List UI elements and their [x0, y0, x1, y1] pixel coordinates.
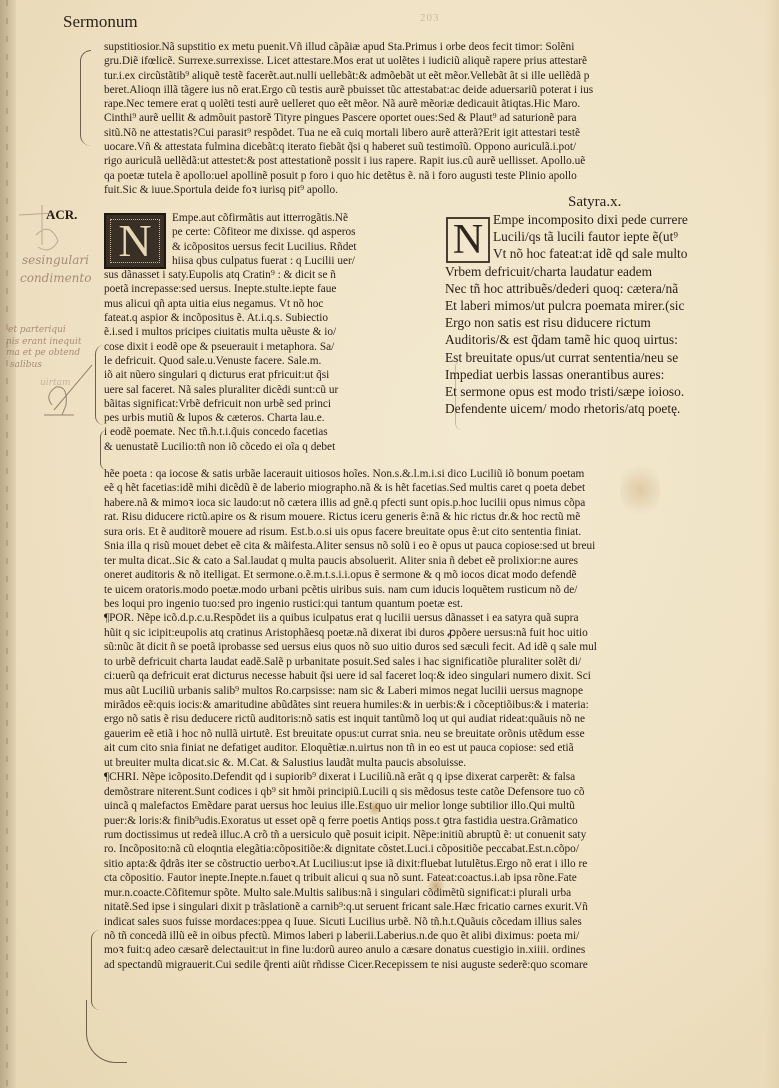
satyra-heading: Satyra.x. [568, 194, 621, 211]
verse-line: Est breuitate opus/ut currat sententia/n… [445, 349, 770, 366]
text-line: oneret auditoris & nõ itelligat. Et serm… [104, 568, 704, 582]
text-line: ro. Incõposito:nã cũ eloqntia elegãtia:c… [104, 842, 704, 856]
text-line: pes urbis mutiũ & lupos & cæteros. Chart… [104, 411, 454, 425]
text-line: Snia illa q risũ mouet debet eẽ cita & m… [104, 539, 704, 553]
text-line: ci:uerũ qa defricuit erat dicturus neces… [104, 669, 704, 683]
book-page: Sermonum 203 ACR. supstitiosior.Nã supst… [0, 0, 779, 1088]
text-line: cta cõpositio. Fautor inepte.Inepte.n.fa… [104, 871, 704, 885]
verse-line: Lucili/qs tã lucili fautor iepte ẽ(ut⁹ [445, 228, 770, 245]
margin-bracket [86, 1000, 127, 1063]
text-line: fateat.q aspior & incõpositus ẽ. At.i.q.… [104, 311, 454, 325]
verse-line: Nec tñ hoc attribuẽs/dederi quoq: cætera… [445, 280, 770, 297]
text-line: uere sal faceret. Nã sales pluraliter di… [104, 383, 454, 397]
text-line: uincã q malefactos Emẽdare parat uersus … [104, 799, 704, 813]
text-line: Cinthi⁹ aurẽ uellit & admõuit pastorẽ Ti… [104, 111, 704, 125]
text-line: puer:& loris:& finib⁹udis.Exoratus ut es… [104, 814, 704, 828]
text-line: pe certe: Cõfiteor me dixisse. qd aspero… [104, 225, 454, 239]
text-line: ter multa dicat..Sic & cato a Sal.laudat… [104, 554, 704, 568]
text-line: ait cum cito snia finiat ne defatiget au… [104, 741, 704, 755]
text-line: tur.i.ex circũstãtib⁹ aliquẽ testẽ facer… [104, 69, 704, 83]
text-line: rum doctissimus ut redeã illuc.A crõ tñ … [104, 828, 704, 842]
text-line: sitũ.Nõ ne attestatis?Cui parasit⁹ respõ… [104, 126, 704, 140]
text-line: rat. Risu diducere rictũ.apire os & risu… [104, 510, 704, 524]
text-line: ut breuiter multa dicat.sic &. M.Cat. & … [104, 756, 704, 770]
text-line: le defricuit. Quod sale.u.Venuste facere… [104, 354, 454, 368]
text-line: demõstrare niterent.Sunt codices i qb⁹ s… [104, 785, 704, 799]
text-line: iõ ait nũero singulari q dicturus erat p… [104, 368, 454, 382]
text-line: hiisa qbus culpatus fuerat : q Lucilii u… [104, 254, 454, 268]
text-line: bes loqui pro ingenio tuo:sed pro ingeni… [104, 597, 704, 611]
text-line: habere.nã & mimoꝛ ioca sic laudo:ut nõ c… [104, 496, 704, 510]
text-line: ẽ.i.sed i multos pricipes ciuitatis mult… [104, 325, 454, 339]
text-line: ¶CHRI. Nẽpe icõposito.Defendit qd i supi… [104, 770, 704, 784]
text-line: ad spectandũ migrauerit.Cui sedile q̃ren… [104, 958, 704, 972]
text-line: te uicem oratoris.modo poetæ.modo urbani… [104, 583, 704, 597]
verse-line: Auditoris/& est q̃dam tamẽ hic quoq uirt… [445, 331, 770, 348]
text-line: mus aũt Luciliũ urbanis salib⁹ multos Ro… [104, 684, 704, 698]
text-line: poetã increpasse:sed uersus. Inepte.stul… [104, 282, 454, 296]
folio-number: 203 [420, 12, 440, 24]
text-line: mirãdos eẽ:quis iocis:& amaritudine abũd… [104, 698, 704, 712]
margin-bracket [91, 930, 100, 1010]
verse-line: Et laberi mimos/ut pulcra poemata mirer.… [445, 297, 770, 314]
margin-bracket [100, 430, 107, 470]
paper-stain [427, 877, 445, 895]
text-line: supstitiosior.Nã supstitio ex metu pueni… [104, 40, 704, 54]
text-line: gauerim eẽ etiã i hoc nõ nullã uirtutẽ. … [104, 727, 704, 741]
text-line: i eodẽ poemate. Nec tñ.h.t.i.q̃uis conce… [104, 425, 454, 439]
running-head: Sermonum [63, 12, 138, 32]
top-commentary-block: supstitiosior.Nã supstitio ex metu pueni… [104, 40, 704, 197]
text-line: sus dãnasset i saty.Eupolis atq Cratin⁹ … [104, 268, 454, 282]
verse-line: Vt nõ hoc fateat:at idẽ qd sale multo [445, 245, 770, 262]
main-commentary-block: hẽe poeta : qa iocose & satis urbãe lace… [104, 467, 704, 972]
text-line: hũit q sic icipit:eupolis atq cratinus A… [104, 626, 704, 640]
text-line: bãitas significat:Vrbẽ defricuit non urb… [104, 397, 454, 411]
paper-stain [367, 800, 383, 816]
verse-line: Vrbem defricuit/charta laudatur eadem [445, 263, 770, 280]
text-line: beret.Alioqn illã tãgere ius nõ erat.Erg… [104, 83, 704, 97]
text-line: mur.n.coacte.Cõfitemur spõte. Multo sale… [104, 886, 704, 900]
text-line: sura oris. Et ẽ auditorẽ mouere ad risum… [104, 525, 704, 539]
verse-line: Defendente uicem/ modo rhetoris/atq poet… [445, 400, 770, 417]
text-line: & icõpositos uersus fecit Lucilius. Rñde… [104, 240, 454, 254]
text-line: cose dixit i eodẽ ope & pseuerauit i met… [104, 340, 454, 354]
text-line: uocare.Vñ & attestata fulmina dicebãt:q … [104, 140, 704, 154]
text-line: to urbẽ defricuit charta laudat eadẽ.Sal… [104, 655, 704, 669]
verse-line: Empe incomposito dixi pede currere [445, 211, 770, 228]
text-line: & uenustatẽ Lucilio:tñ non iõ cõcedo ei … [104, 440, 454, 454]
text-line: moꝛ fuit:q adeo cæsarẽ delectauit:ut in … [104, 943, 704, 957]
margin-bracket [455, 360, 462, 430]
paper-stain [620, 460, 660, 520]
text-line: Empe.aut cõfirmãtis aut itterrogãtis.Nẽ [104, 211, 454, 225]
text-line: qa poetæ tutela ẽ apollo:uel apollinẽ po… [104, 169, 704, 183]
text-line: nitatẽ.Sed ipse i singulari dixit p trãs… [104, 900, 704, 914]
text-line: mus alicui qñ apta uitia eius negamus. V… [104, 297, 454, 311]
text-line: gru.Diẽ ifœlicẽ. Surrexe.surrexisse. Lic… [104, 54, 704, 68]
text-line: nõ tñ concedã illũ eẽ in oibus pfectũ. M… [104, 929, 704, 943]
verse-line: Et sermone opus est modo tristi/sæpe ioi… [445, 383, 770, 400]
verse-line: Ergo non satis est risu diducere rictum [445, 314, 770, 331]
text-line: indicat sales suos fuisse mordaces:ppea … [104, 915, 704, 929]
text-line: hẽe poeta : qa iocose & satis urbãe lace… [104, 467, 704, 481]
text-line: rape.Nec temere erat q uolẽti testi aurẽ… [104, 97, 704, 111]
left-commentary-column: Empe.aut cõfirmãtis aut itterrogãtis.Nẽ … [104, 211, 454, 454]
marginal-sketch-icon [14, 75, 104, 435]
verse-column: Empe incomposito dixi pede currere Lucil… [445, 211, 770, 417]
text-line: eẽ q hẽt facetias:idẽ mihi dicẽdũ ẽ de l… [104, 481, 704, 495]
page-edge-shadow [765, 0, 779, 1088]
text-line: ergo nõ satis ẽ risu deducere rictũ audi… [104, 712, 704, 726]
text-line: sitio apta:& q̃drãs iter se cõstructio u… [104, 857, 704, 871]
text-line: rigo auriculã uellẽdã:ut attestet:& post… [104, 154, 704, 168]
text-line: sũ:nũc ãt dicit ñ se poetã iprobasse sed… [104, 640, 704, 654]
text-line: ¶POR. Nẽpe icõ.d.p.c.u.Respõdet iis a qu… [104, 611, 704, 625]
verse-line: Impediat uerbis lassas onerantibus aures… [445, 366, 770, 383]
